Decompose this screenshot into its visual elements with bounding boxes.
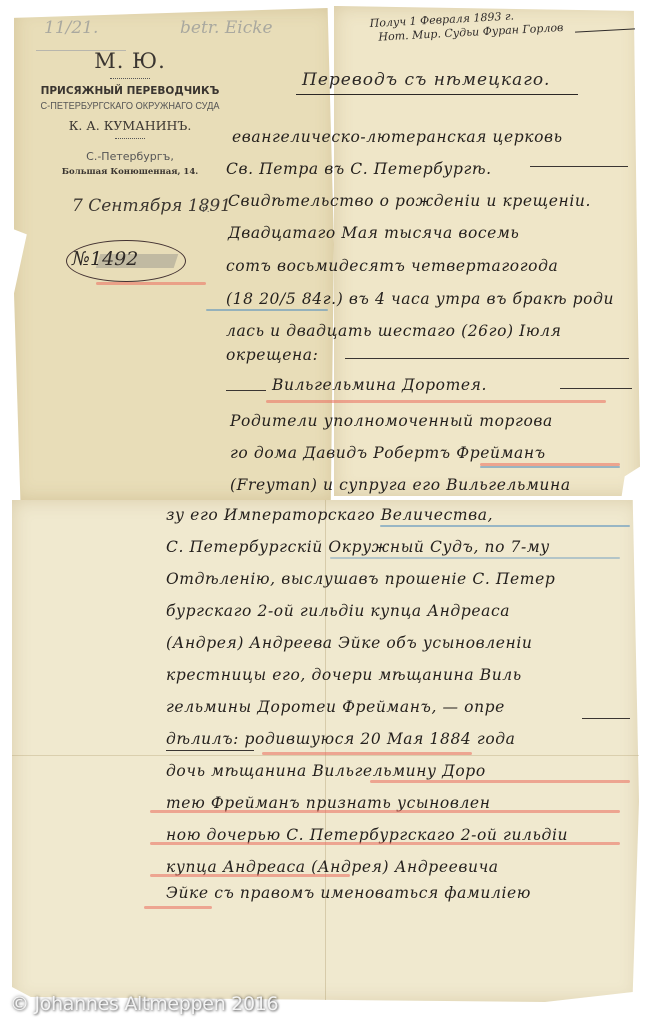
date-suffix: г. [202, 205, 210, 215]
body-line: бургскаго 2-ой гильдіи купца Андреаса [166, 602, 510, 620]
letterhead-title: ПРИСЯЖНЫЙ ПЕРЕВОДЧИКЪ [30, 85, 230, 97]
body-line: го дома Давидъ Робертъ Фрейманъ [230, 444, 546, 462]
red-pencil-mark [150, 842, 620, 845]
body-line: сотъ восьмидесятъ четвертагогода [226, 257, 558, 275]
heading-underline [296, 94, 578, 95]
letterhead: М. Ю. ПРИСЯЖНЫЙ ПЕРЕВОДЧИКЪ С-ПЕТЕРБУРГС… [30, 45, 230, 177]
body-line: дочь мѣщанина Вильгельмину Доро [166, 762, 486, 780]
body-line: гельмины Доротеи Фрейманъ, — опре [166, 698, 505, 716]
fill-rule [560, 388, 632, 389]
letterhead-initials: М. Ю. [30, 49, 230, 73]
pencil-note-right: betr. Eicke [180, 18, 273, 38]
fill-rule [345, 358, 629, 359]
body-line: Св. Петра въ С. Петербургѣ. [226, 160, 492, 178]
body-line: крестницы его, дочери мѣщанина Виль [166, 666, 522, 684]
paper-fold-horizontal [12, 755, 639, 756]
body-line: (18 20/5 84г.) въ 4 часа утра въ бракѣ р… [226, 290, 614, 308]
red-pencil-mark [144, 906, 212, 909]
underline [582, 718, 630, 719]
translation-heading: Переводъ съ нѣмецкаго. [302, 70, 550, 90]
fill-rule [530, 166, 628, 167]
underline [166, 750, 254, 751]
body-line: Вильгельмина Доротея. [272, 376, 487, 394]
blue-pencil-mark [206, 309, 328, 311]
body-line: Эйке съ правомъ именоваться фамиліею [166, 884, 531, 902]
document-number: №1492 [72, 248, 138, 270]
blue-pencil-mark [380, 525, 630, 527]
body-line: Свидѣтельство о рожденіи и крещеніи. [228, 192, 591, 210]
body-line: дѣлилъ: родившуюся 20 Мая 1884 года [166, 730, 516, 748]
ornament-divider [110, 78, 150, 80]
pencil-note-left: 11/21. [44, 18, 98, 38]
body-line: евангелическо-лютеранская церковь [232, 128, 563, 146]
fill-rule [226, 390, 266, 391]
letterhead-court: С-ПЕТЕРБУРГСКАГО ОКРУЖНАГО СУДА [38, 101, 222, 112]
blue-pencil-mark [330, 557, 620, 559]
letterhead-name: К. А. КУМАНИНЪ. [30, 118, 230, 133]
red-pencil-mark [266, 400, 606, 403]
copyright-watermark: © Johannes Altmeppen 2016 [10, 993, 278, 1015]
letterhead-address: Большая Конюшенная, 14. [30, 167, 230, 177]
number-label: № [72, 248, 90, 270]
body-line: (Андрея) Андреева Эйке объ усыновленіи [166, 634, 532, 652]
red-pencil-mark [262, 752, 472, 755]
red-pencil-mark [150, 810, 620, 813]
red-pencil-mark [150, 874, 350, 877]
red-pencil-mark [96, 282, 206, 285]
body-line: Отдѣленію, выслушавъ прошеніе С. Петер [166, 570, 555, 588]
body-line: Двадцатаго Мая тысяча восемь [228, 224, 519, 242]
blue-pencil-mark [480, 466, 620, 468]
body-line: окрещена: [226, 346, 318, 364]
number-value: 1492 [90, 248, 138, 270]
body-line: (Freyman) и супруга его Вильгельмина [230, 476, 571, 494]
body-line: лась и двадцать шестаго (26го) Іюля [226, 322, 561, 340]
body-line: зу его Императорскаго Величества, [166, 506, 493, 524]
letterhead-city: С.-Петербургъ, [30, 150, 230, 163]
body-line: Родители уполномоченный торгова [230, 412, 553, 430]
ornament-divider [115, 138, 145, 140]
body-line: С. Петербургскій Окружный Судъ, по 7-му [166, 538, 550, 556]
red-pencil-mark [370, 780, 630, 783]
